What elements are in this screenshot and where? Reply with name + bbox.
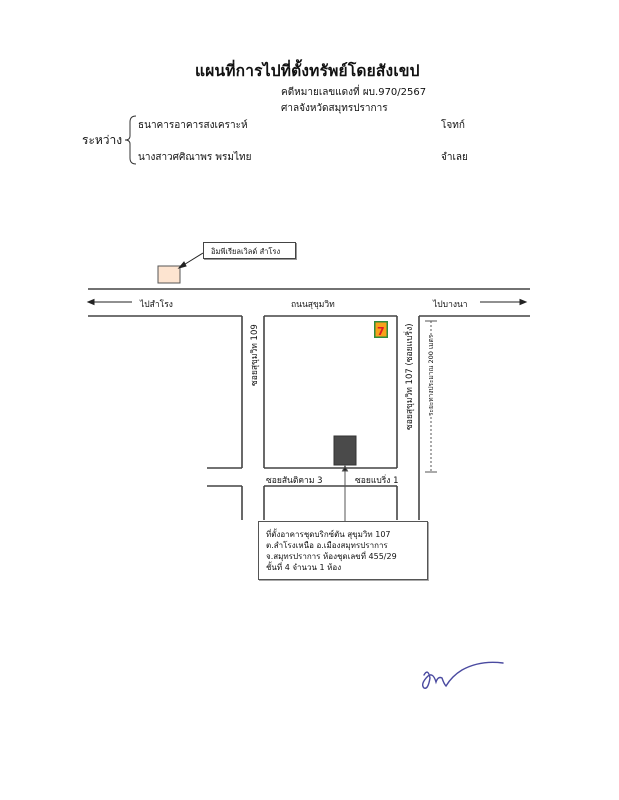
seven-eleven-icon: 7 [374,321,388,338]
main-road-label: ถนนสุขุมวิท [291,297,335,311]
property-pointer [343,466,348,521]
distance-label: ระยะทางประมาณ 200 เมตร [426,335,436,416]
landmark-callout: อิมพีเรียลเวิลด์ สำโรง [203,242,296,259]
landmark-marker [158,266,180,283]
soi-bearing-label: ซอยแบริ่ง 1 [355,473,399,487]
property-info-line: ที่ตั้งอาคารชุดบริกซ์ตัน สุขุมวิท 107 [266,529,427,540]
landmark-callout-text: อิมพีเรียลเวิลด์ สำโรง [211,246,280,258]
brace [125,116,136,164]
property-info-box: ที่ตั้งอาคารชุดบริกซ์ตัน สุขุมวิท 107 ต.… [258,521,428,580]
svg-text:7: 7 [377,325,385,338]
direction-right-label: ไปบางนา [433,297,468,311]
soi-santikham-label: ซอยสันติคาม 3 [266,473,323,487]
location-map: 7 [0,0,619,800]
soi-109-label: ซอยสุขุมวิท 109 [247,324,261,386]
arrow-right-icon [480,300,526,305]
callout-arrow [179,253,203,268]
property-info-line: ชั้นที่ 4 จำนวน 1 ห้อง [266,562,427,573]
soi-107-label: ซอยสุขุมวิท 107 (ซอยแบริ่ง) [402,323,416,430]
signature [423,662,503,688]
arrow-left-icon [88,300,132,305]
direction-left-label: ไปสำโรง [140,297,173,311]
property-info-line: ต.สำโรงเหนือ อ.เมืองสมุทรปราการ [266,540,427,551]
property-info-line: จ.สมุทรปราการ ห้องชุดเลขที่ 455/29 [266,551,427,562]
property-building [334,436,356,465]
